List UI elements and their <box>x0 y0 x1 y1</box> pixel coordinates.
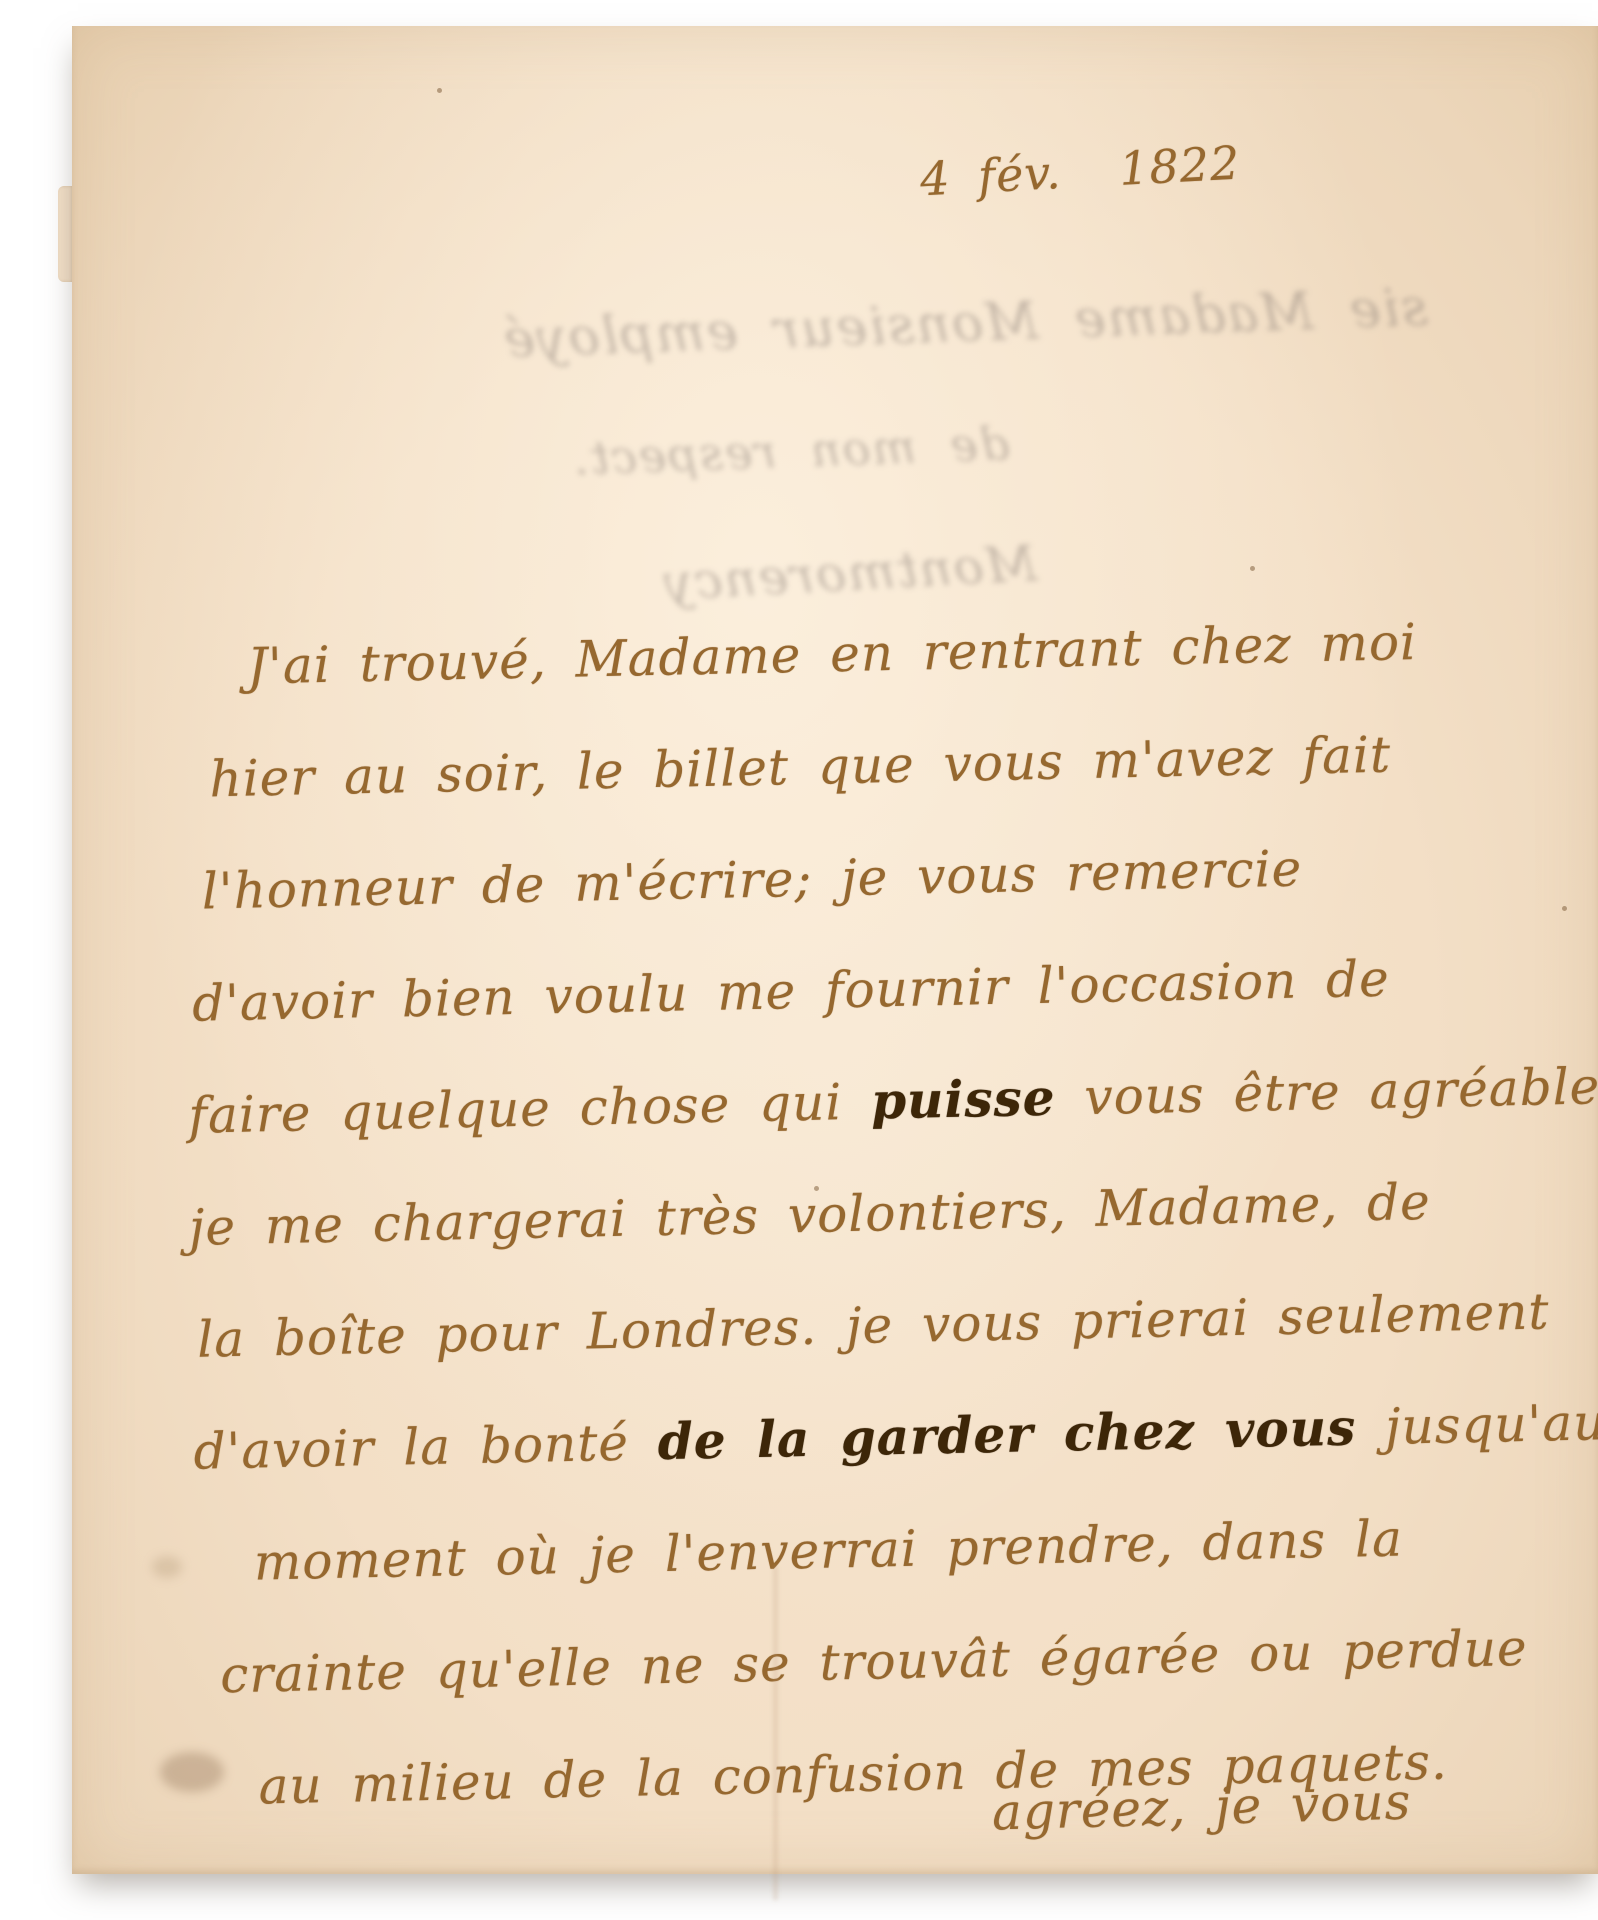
letter-closing: agréez, je vous <box>991 1773 1412 1842</box>
paper-speck <box>1562 906 1567 911</box>
paper-speck <box>437 88 442 93</box>
letter-body: J'ai trouvé, Madame en rentrant chez moi… <box>176 581 1598 1844</box>
overwritten-phrase: de la garder chez vous <box>657 1397 1357 1471</box>
bleedthrough-line: sie Madame Monsieur employé <box>501 278 1429 370</box>
paper-fold-crease <box>774 1566 777 1900</box>
bleedthrough-line: de mon respect. <box>571 416 1010 485</box>
letter-date: 4 fév.1822 <box>919 136 1242 207</box>
paper-speck <box>814 1186 819 1191</box>
letter-paper: sie Madame Monsieur employé de mon respe… <box>72 26 1598 1874</box>
photo-background: sie Madame Monsieur employé de mon respe… <box>0 0 1598 1920</box>
paper-speck <box>1250 566 1255 571</box>
paper-stain <box>152 1556 182 1578</box>
overwritten-word: puisse <box>870 1068 1056 1131</box>
letter-date-day-month: 4 fév. <box>919 145 1063 206</box>
paper-stain <box>160 1752 224 1792</box>
letter-date-year: 1822 <box>1118 136 1242 196</box>
